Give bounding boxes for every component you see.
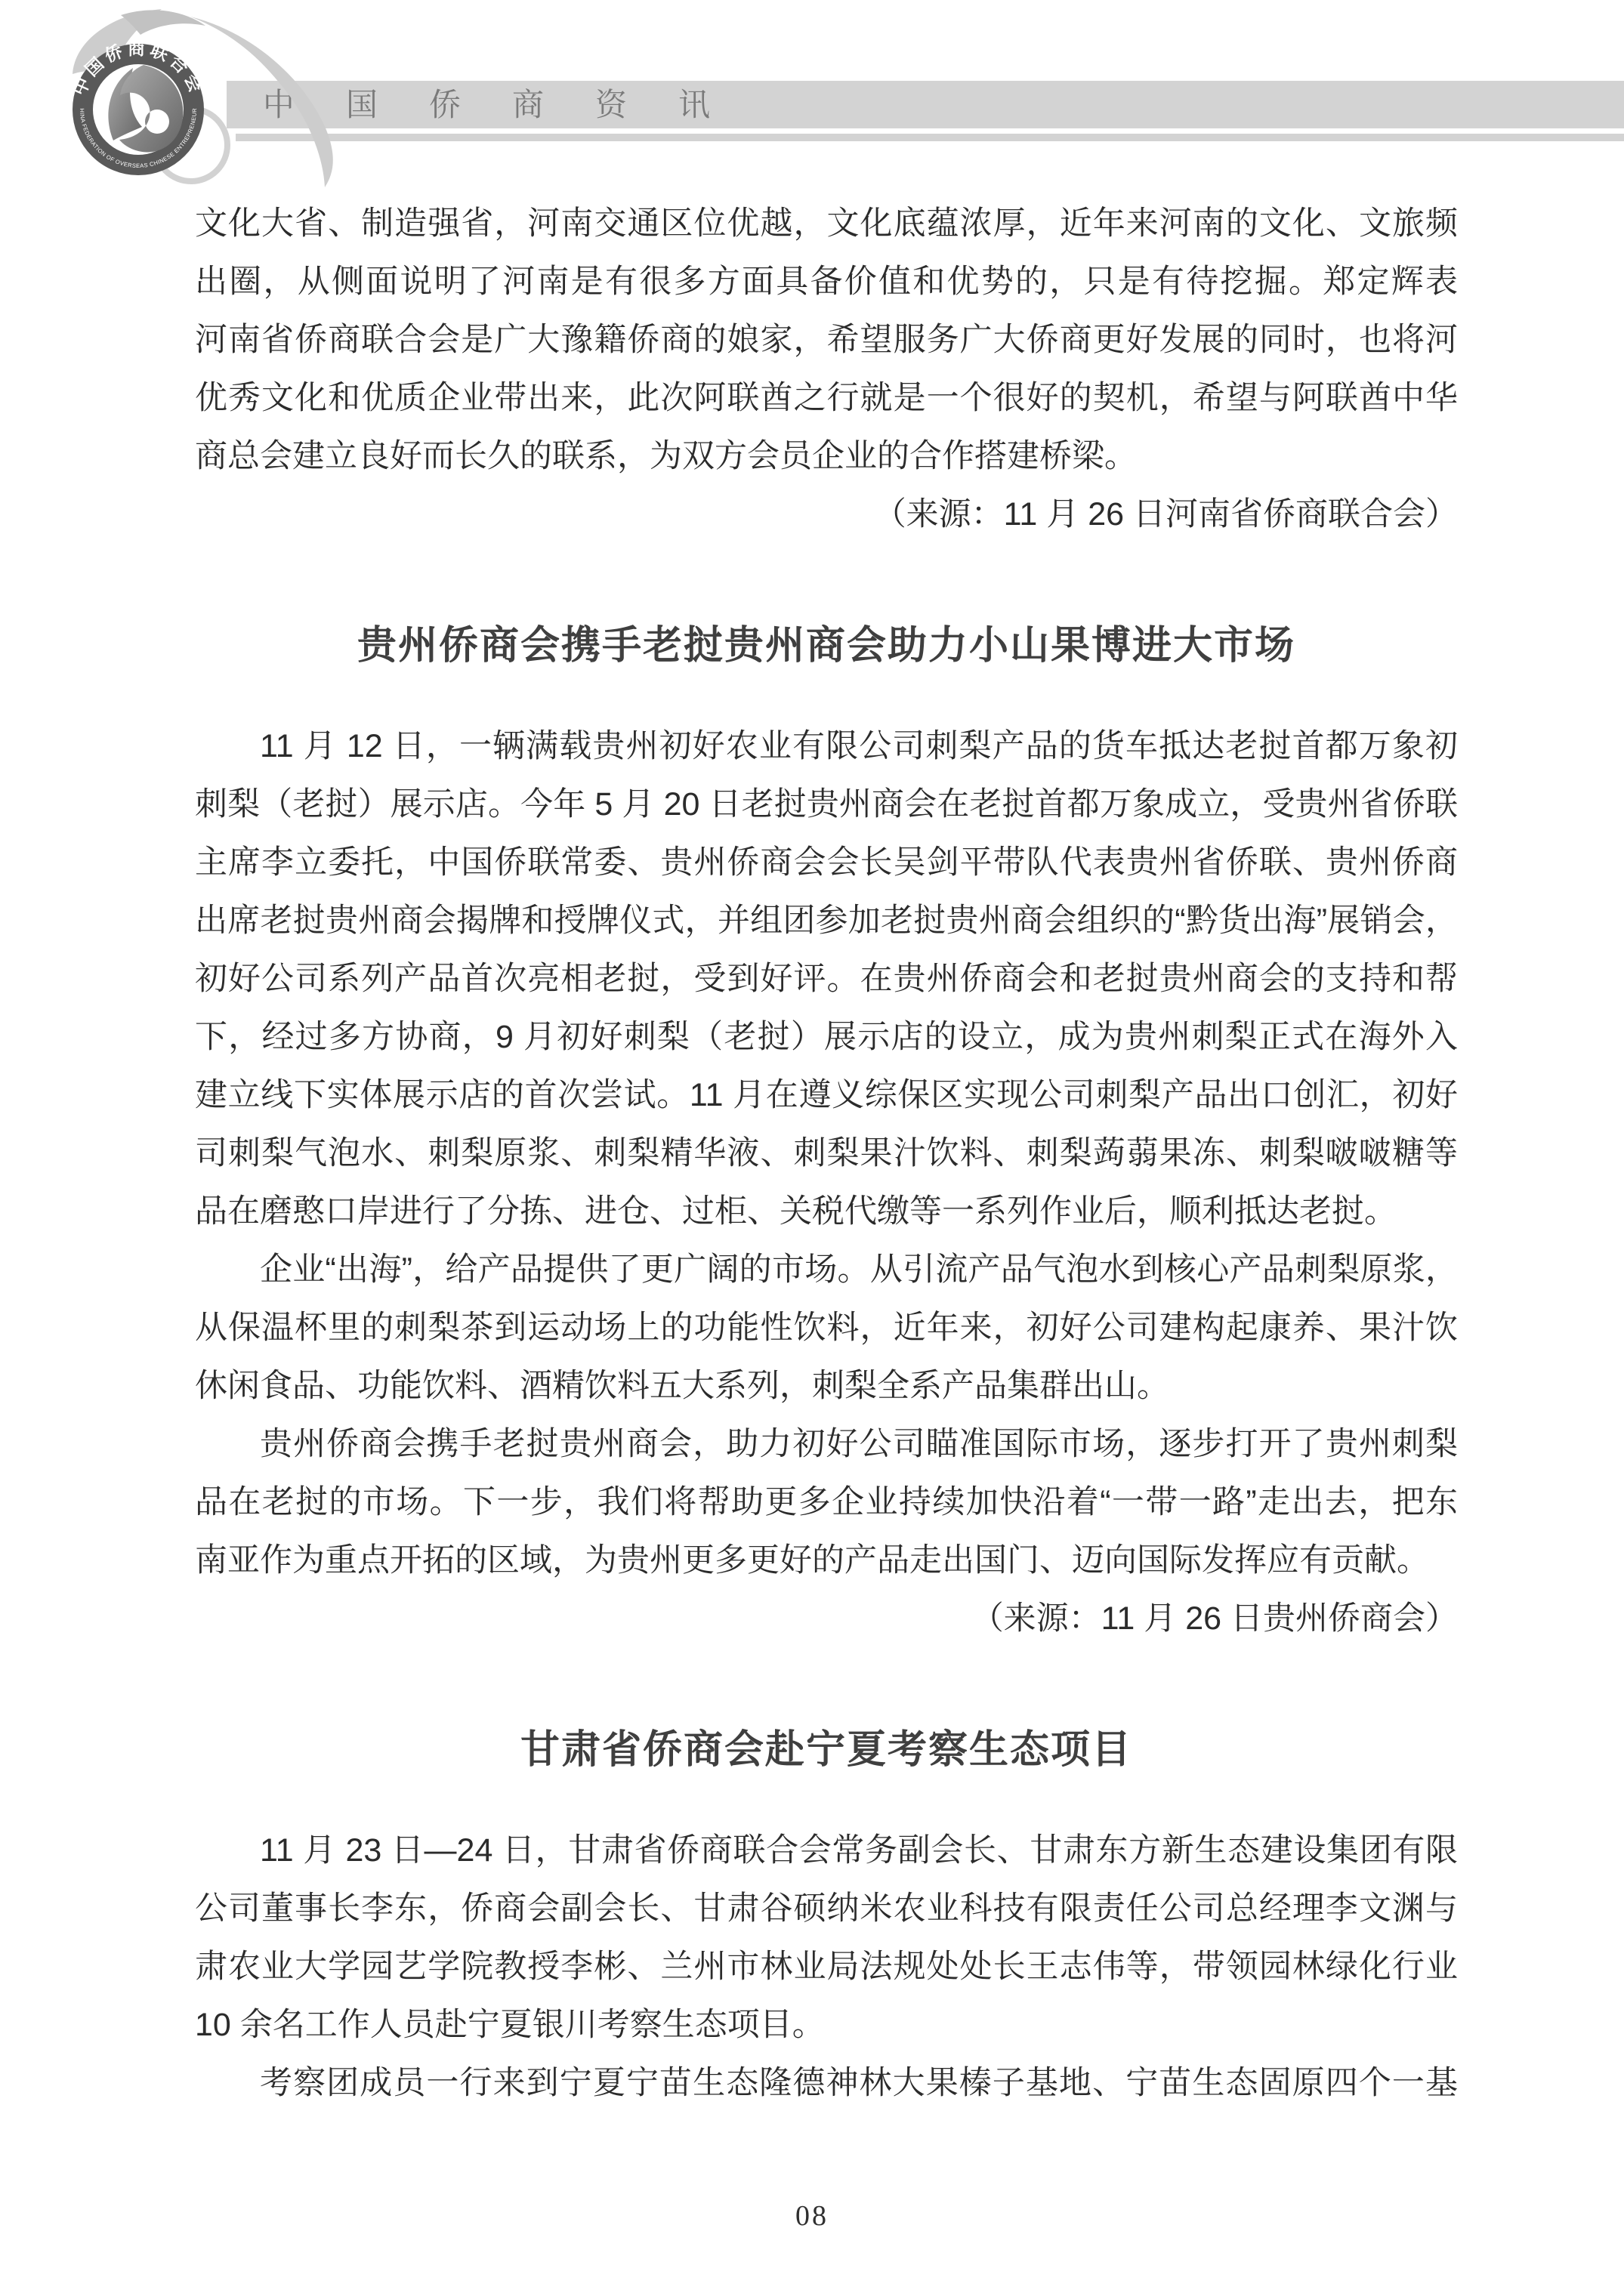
text-line: 出席老挝贵州商会揭牌和授牌仪式，并组团参加老挝贵州商会组织的“黔货出海”展销会， bbox=[195, 892, 1458, 950]
text-line: 10 余名工作人员赴宁夏银川考察生态项目。 bbox=[195, 1996, 1458, 2054]
federation-logo-icon: 中国侨商联合会 CHINA FEDERATION OF OVERSEAS CHI… bbox=[60, 6, 347, 190]
text-line: 从保温杯里的刺梨茶到运动场上的功能性饮料，近年来，初好公司建构起康养、果汁饮料、 bbox=[195, 1299, 1458, 1357]
text-line: 建立线下实体展示店的首次尝试。11 月在遵义综保区实现公司刺梨产品出口创汇，初好… bbox=[195, 1066, 1458, 1125]
text-line: 下，经过多方协商，9 月初好刺梨（老挝）展示店的设立，成为贵州刺梨正式在海外入驻… bbox=[195, 1008, 1458, 1066]
text-line: 公司董事长李东，侨商会副会长、甘肃谷硕纳米农业科技有限责任公司总经理李文渊与甘 bbox=[195, 1880, 1458, 1938]
page-number: 08 bbox=[0, 2199, 1624, 2239]
document-page: 中国侨商资讯 中国侨商联合会 CHINA FEDERATION OF OVERS… bbox=[0, 0, 1624, 2293]
articles-container: 文化大省、制造强省，河南交通区位优越，文化底蕴浓厚，近年来河南的文化、文旅频频出… bbox=[195, 195, 1458, 2112]
article-title: 甘肃省侨商会赴宁夏考察生态项目 bbox=[195, 1720, 1458, 1780]
text-line: 贵州侨商会携手老挝贵州商会，助力初好公司瞄准国际市场，逐步打开了贵州刺梨产 bbox=[195, 1415, 1458, 1474]
text-line: 企业“出海”，给产品提供了更广阔的市场。从引流产品气泡水到核心产品刺梨原浆， bbox=[195, 1241, 1458, 1299]
article: 贵州侨商会携手老挝贵州商会助力小山果博进大市场11 月 12 日，一辆满载贵州初… bbox=[195, 616, 1458, 1648]
source-attribution: （来源：11 月 26 日河南省侨商联合会） bbox=[195, 486, 1458, 544]
logo-swoosh-right bbox=[190, 17, 333, 187]
masthead-band-underline bbox=[236, 134, 1624, 141]
text-line: 文化大省、制造强省，河南交通区位优越，文化底蕴浓厚，近年来河南的文化、文旅频频 bbox=[195, 195, 1458, 253]
text-line: 优秀文化和优质企业带出来，此次阿联酋之行就是一个很好的契机，希望与阿联酋中华工 bbox=[195, 369, 1458, 427]
text-line: 肃农业大学园艺学院教授李彬、兰州市林业局法规处处长王志伟等，带领园林绿化行业的 bbox=[195, 1938, 1458, 1996]
text-line: 司刺梨气泡水、刺梨原浆、刺梨精华液、刺梨果汁饮料、刺梨蒟蒻果冻、刺梨啵啵糖等产 bbox=[195, 1125, 1458, 1183]
article-title: 贵州侨商会携手老挝贵州商会助力小山果博进大市场 bbox=[195, 616, 1458, 676]
source-attribution: （来源：11 月 26 日贵州侨商会） bbox=[195, 1590, 1458, 1648]
text-line: 商总会建立良好而长久的联系，为双方会员企业的合作搭建桥梁。 bbox=[195, 427, 1458, 486]
article: 文化大省、制造强省，河南交通区位优越，文化底蕴浓厚，近年来河南的文化、文旅频频出… bbox=[195, 195, 1458, 544]
text-line: 出圈，从侧面说明了河南是有很多方面具备价值和优势的，只是有待挖掘。郑定辉表示， bbox=[195, 253, 1458, 311]
text-line: 初好公司系列产品首次亮相老挝，受到好评。在贵州侨商会和老挝贵州商会的支持和帮助 bbox=[195, 950, 1458, 1008]
text-line: 品在老挝的市场。下一步，我们将帮助更多企业持续加快沿着“一带一路”走出去，把东 bbox=[195, 1474, 1458, 1532]
text-line: 考察团成员一行来到宁夏宁苗生态隆德神林大果榛子基地、宁苗生态固原四个一基地、 bbox=[195, 2054, 1458, 2112]
text-line: 品在磨憨口岸进行了分拣、进仓、过柜、关税代缴等一系列作业后，顺利抵达老挝。 bbox=[195, 1183, 1458, 1241]
text-line: 南亚作为重点开拓的区域，为贵州更多更好的产品走出国门、迈向国际发挥应有贡献。 bbox=[195, 1532, 1458, 1590]
text-line: 11 月 12 日，一辆满载贵州初好农业有限公司刺梨产品的货车抵达老挝首都万象初… bbox=[195, 718, 1458, 776]
text-line: 休闲食品、功能饮料、酒精饮料五大系列，刺梨全系产品集群出山。 bbox=[195, 1357, 1458, 1415]
text-line: 11 月 23 日—24 日，甘肃省侨商联合会常务副会长、甘肃东方新生态建设集团… bbox=[195, 1822, 1458, 1880]
article: 甘肃省侨商会赴宁夏考察生态项目11 月 23 日—24 日，甘肃省侨商联合会常务… bbox=[195, 1720, 1458, 2112]
text-line: 刺梨（老挝）展示店。今年 5 月 20 日老挝贵州商会在老挝首都万象成立，受贵州… bbox=[195, 776, 1458, 834]
text-line: 河南省侨商联合会是广大豫籍侨商的娘家，希望服务广大侨商更好发展的同时，也将河南 bbox=[195, 311, 1458, 369]
text-line: 主席李立委托，中国侨联常委、贵州侨商会会长吴剑平带队代表贵州省侨联、贵州侨商会 bbox=[195, 834, 1458, 892]
